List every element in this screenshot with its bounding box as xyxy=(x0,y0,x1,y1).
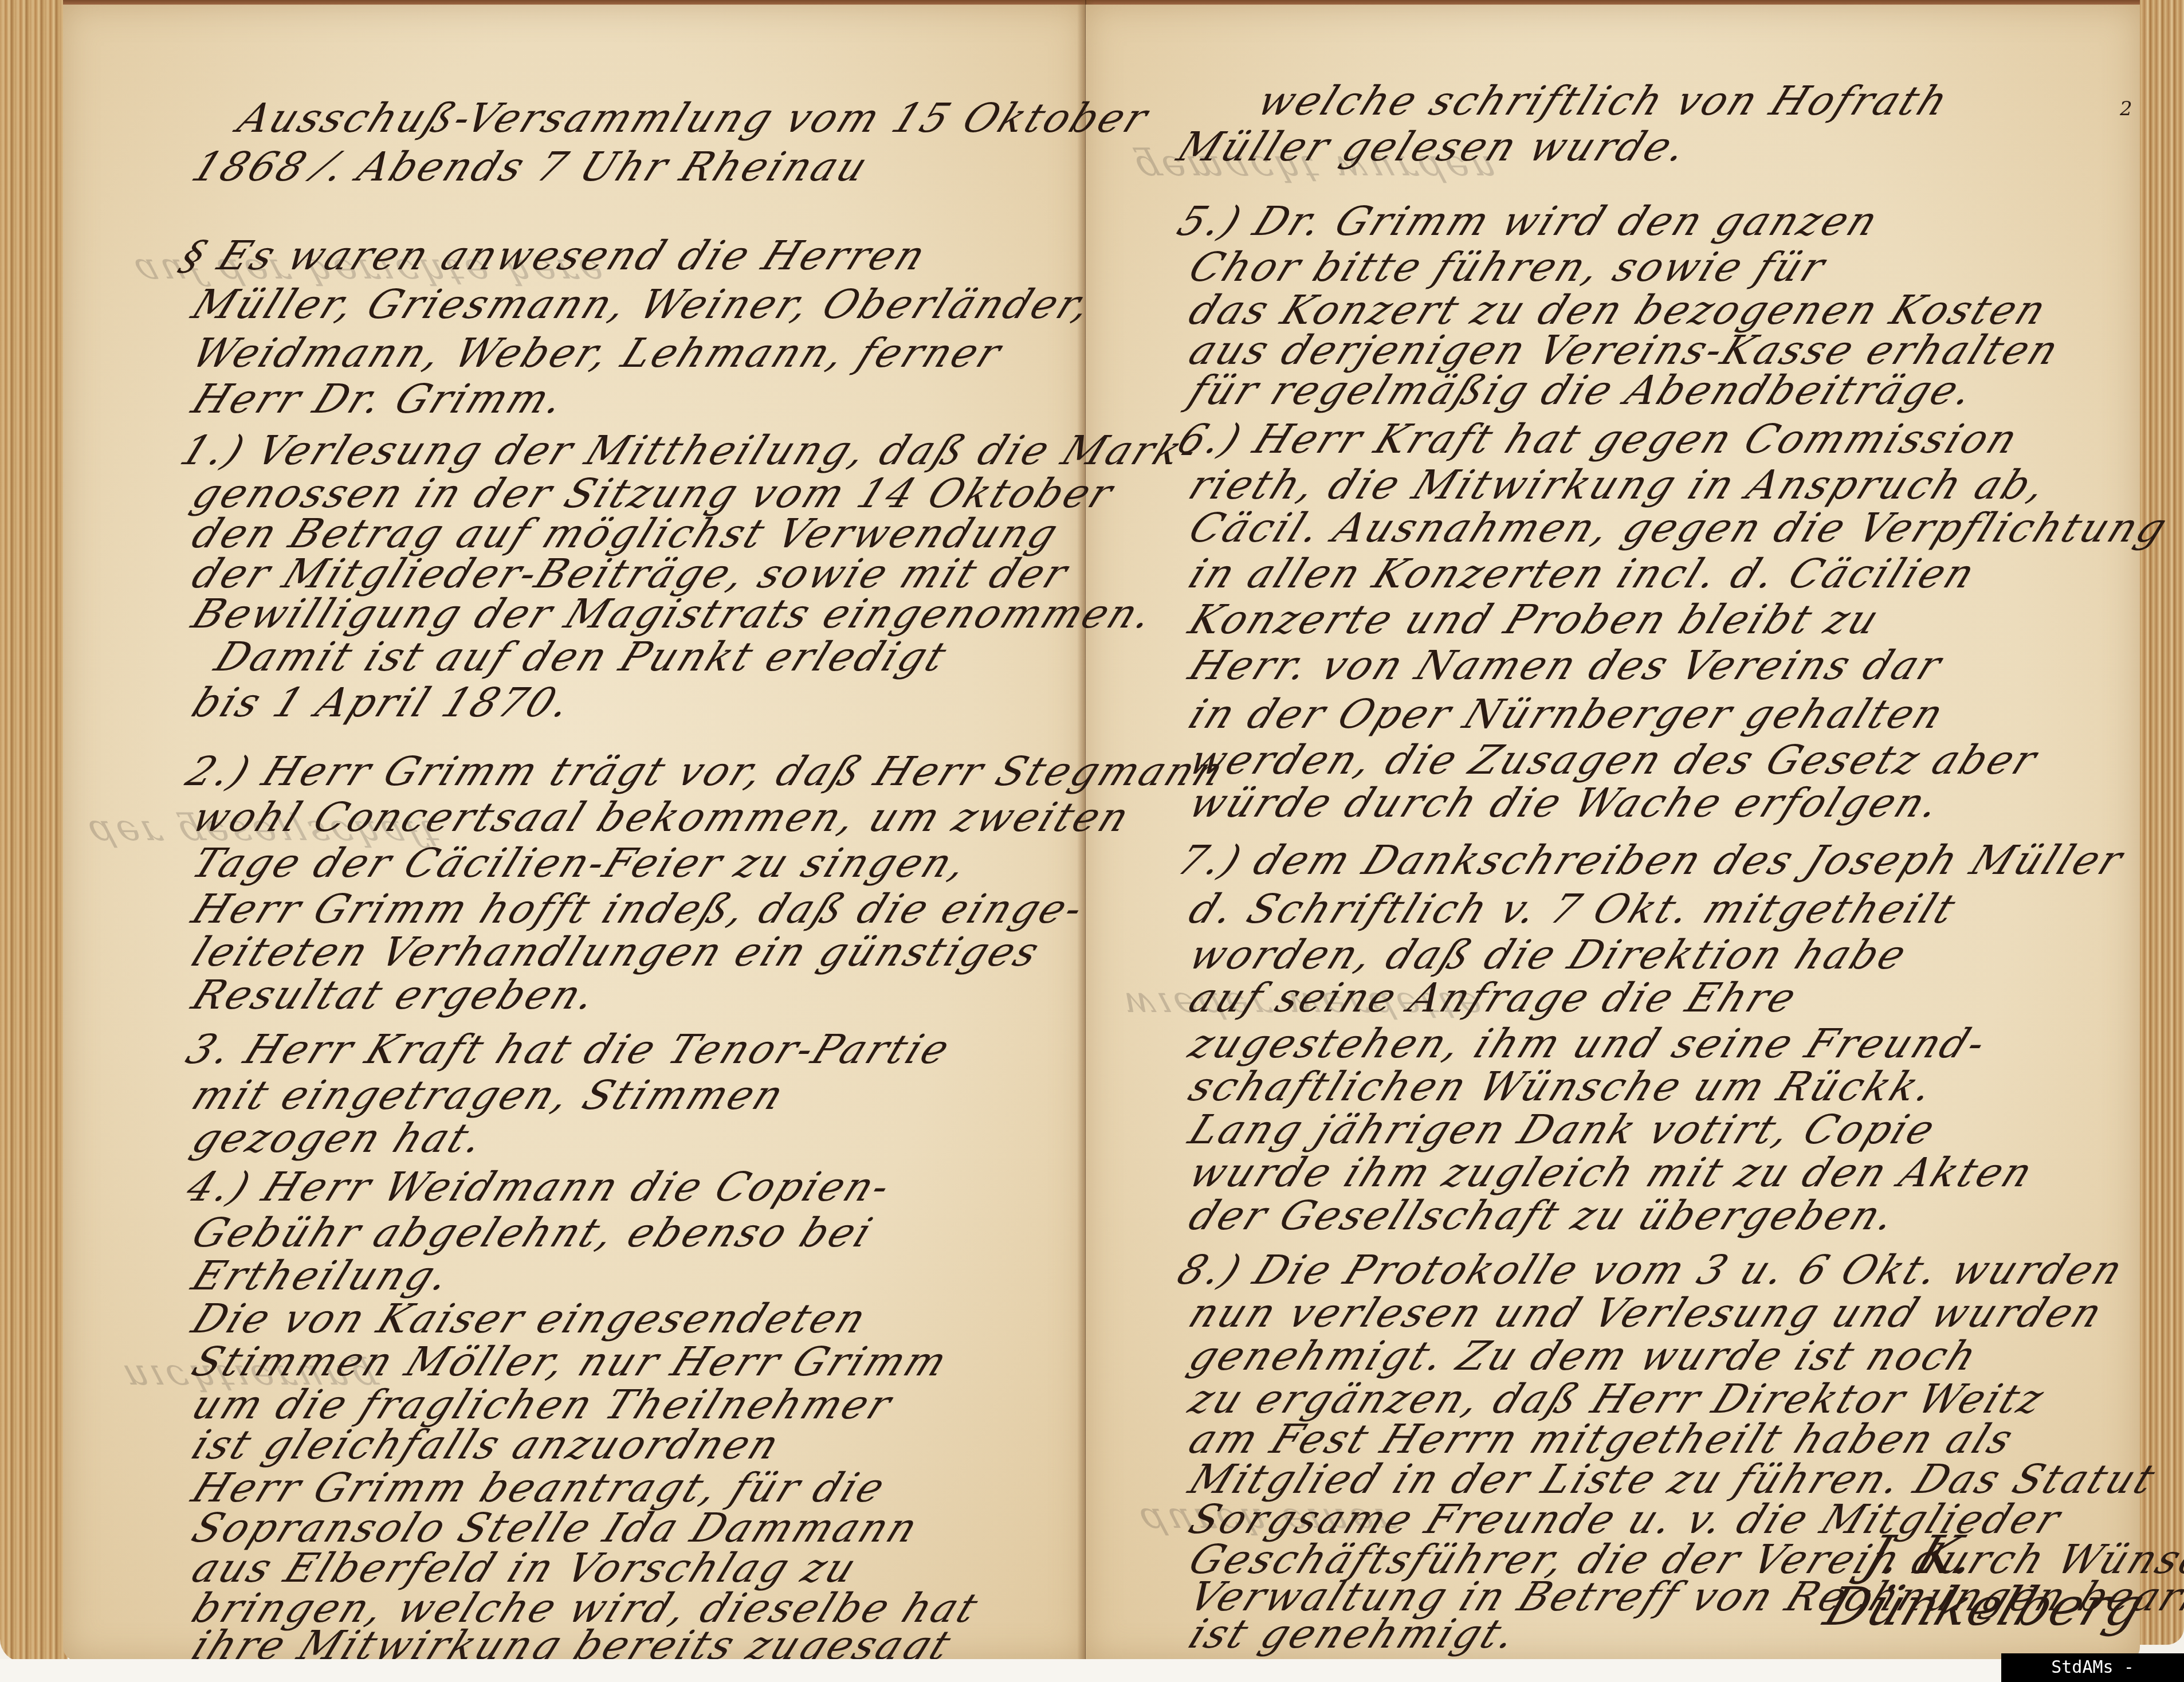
text-line: d. Schriftlich v. 7 Okt. mitgetheilt xyxy=(1182,885,1965,932)
text-line: 2.) Herr Grimm trägt vor, daß Herr Stegm… xyxy=(179,748,1232,795)
text-line: würde durch die Wache erfolgen. xyxy=(1182,779,1949,826)
text-line: genehmigt. Zu dem wurde ist noch xyxy=(1182,1332,1986,1379)
text-line: Damit ist auf den Punkt erledigt xyxy=(208,633,955,680)
text-line: Ertheilung. xyxy=(185,1252,459,1299)
text-line: Cäcil. Ausnahmen, gegen die Verpflichtun… xyxy=(1182,504,2175,551)
text-line: 5.) Dr. Grimm wird den ganzen xyxy=(1170,198,1887,245)
text-line: Müller gelesen wurde. xyxy=(1170,123,1696,170)
text-line: Herr Grimm hofft indeß, daß die einge- xyxy=(185,885,1092,932)
text-line: Herr Dr. Grimm. xyxy=(185,375,574,422)
text-line: werden, die Zusagen des Gesetz aber xyxy=(1182,736,2045,783)
text-line: leiteten Verhandlungen ein günstiges xyxy=(185,928,1048,975)
text-line: Gebühr abgelehnt, ebenso bei xyxy=(185,1209,881,1256)
text-line: ist genehmigt. xyxy=(1182,1610,1526,1657)
text-line: wohl Concertsaal bekommen, um zweiten xyxy=(185,794,1138,841)
heading-line: 1868 ⁄. Abends 7 Uhr Rheinau xyxy=(185,143,877,190)
signature-name: Dünkelberg xyxy=(1817,1576,2153,1637)
text-line: 7.) dem Dankschreiben des Joseph Müller xyxy=(1170,837,2131,884)
book-spread: ǝɹǝɥ ǝʇɥɔıɹǝq ɹǝp ɟnɐ ʇɟɐɥɔsllǝsǝƃ ɹǝp ƃ… xyxy=(0,0,2184,1682)
text-line: Resultat ergeben. xyxy=(185,971,606,1018)
text-line: Chor bitte führen, sowie für xyxy=(1182,244,1834,291)
text-line: in allen Konzerten incl. d. Cäcilien xyxy=(1182,550,1983,597)
text-line: auf seine Anfrage die Ehre xyxy=(1182,974,1805,1021)
left-fore-edge xyxy=(0,0,68,1662)
text-line: in der Oper Nürnberger gehalten xyxy=(1182,691,1953,738)
text-line: Stimmen Möller, nur Herr Grimm xyxy=(185,1338,956,1385)
text-line: für regelmäßig die Abendbeiträge. xyxy=(1182,367,1983,414)
text-line: nun verlesen und Verlesung und wurden xyxy=(1182,1289,2111,1336)
text-line: rieth, die Mitwirkung in Anspruch ab, xyxy=(1182,461,2056,508)
text-line: welche schriftlich von Hofrath xyxy=(1251,77,1957,124)
text-line: Tage der Cäcilien-Feier zu singen, xyxy=(185,840,976,887)
text-line: gezogen hat. xyxy=(185,1115,493,1162)
text-line: wurde ihm zugleich mit zu den Akten xyxy=(1182,1149,2041,1196)
text-line: 6.) Herr Kraft hat gegen Commission xyxy=(1170,415,2026,462)
margin-page-number: 2 xyxy=(2120,97,2132,120)
text-line: 1.) Verlesung der Mittheilung, daß die M… xyxy=(174,427,1207,474)
scan-background xyxy=(0,1659,2184,1682)
text-line: Lang jährigen Dank votirt, Copie xyxy=(1182,1106,1944,1153)
text-line: der Gesellschaft zu übergeben. xyxy=(1182,1192,1905,1239)
text-line: § Es waren anwesend die Herren xyxy=(174,232,934,279)
text-line: Bewilligung der Magistrats eingenommen. xyxy=(185,590,1162,637)
text-line: mit eingetragen, Stimmen xyxy=(185,1072,792,1119)
text-line: Weidmann, Weber, Lehmann, ferner xyxy=(185,330,1009,377)
heading-line: Ausschuß-Versammlung vom 15 Oktober xyxy=(231,95,1157,142)
text-line: ist gleichfalls anzuordnen xyxy=(185,1421,788,1468)
text-line: Herr. von Namen des Vereins dar xyxy=(1182,642,1950,689)
text-line: worden, daß die Direktion habe xyxy=(1182,931,1915,978)
text-line: Konzerte und Proben bleibt zu xyxy=(1182,596,1888,643)
archive-label: StdAMs - MV_002a_121 xyxy=(2001,1653,2184,1682)
text-line: bis 1 April 1870. xyxy=(185,679,580,726)
text-line: 3. Herr Kraft hat die Tenor-Partie xyxy=(179,1026,959,1073)
text-line: schaftlichen Wünsche um Rückk. xyxy=(1182,1063,1943,1110)
text-line: Müller, Griesmann, Weiner, Oberländer, xyxy=(185,281,1101,328)
text-line: 4.) Herr Weidmann die Copien- xyxy=(179,1163,899,1210)
text-line: 8.) Die Protokolle vom 3 u. 6 Okt. wurde… xyxy=(1170,1246,2131,1293)
text-line: Die von Kaiser eingesendeten xyxy=(185,1295,875,1342)
text-line: zugestehen, ihm und seine Freund- xyxy=(1182,1020,1995,1067)
